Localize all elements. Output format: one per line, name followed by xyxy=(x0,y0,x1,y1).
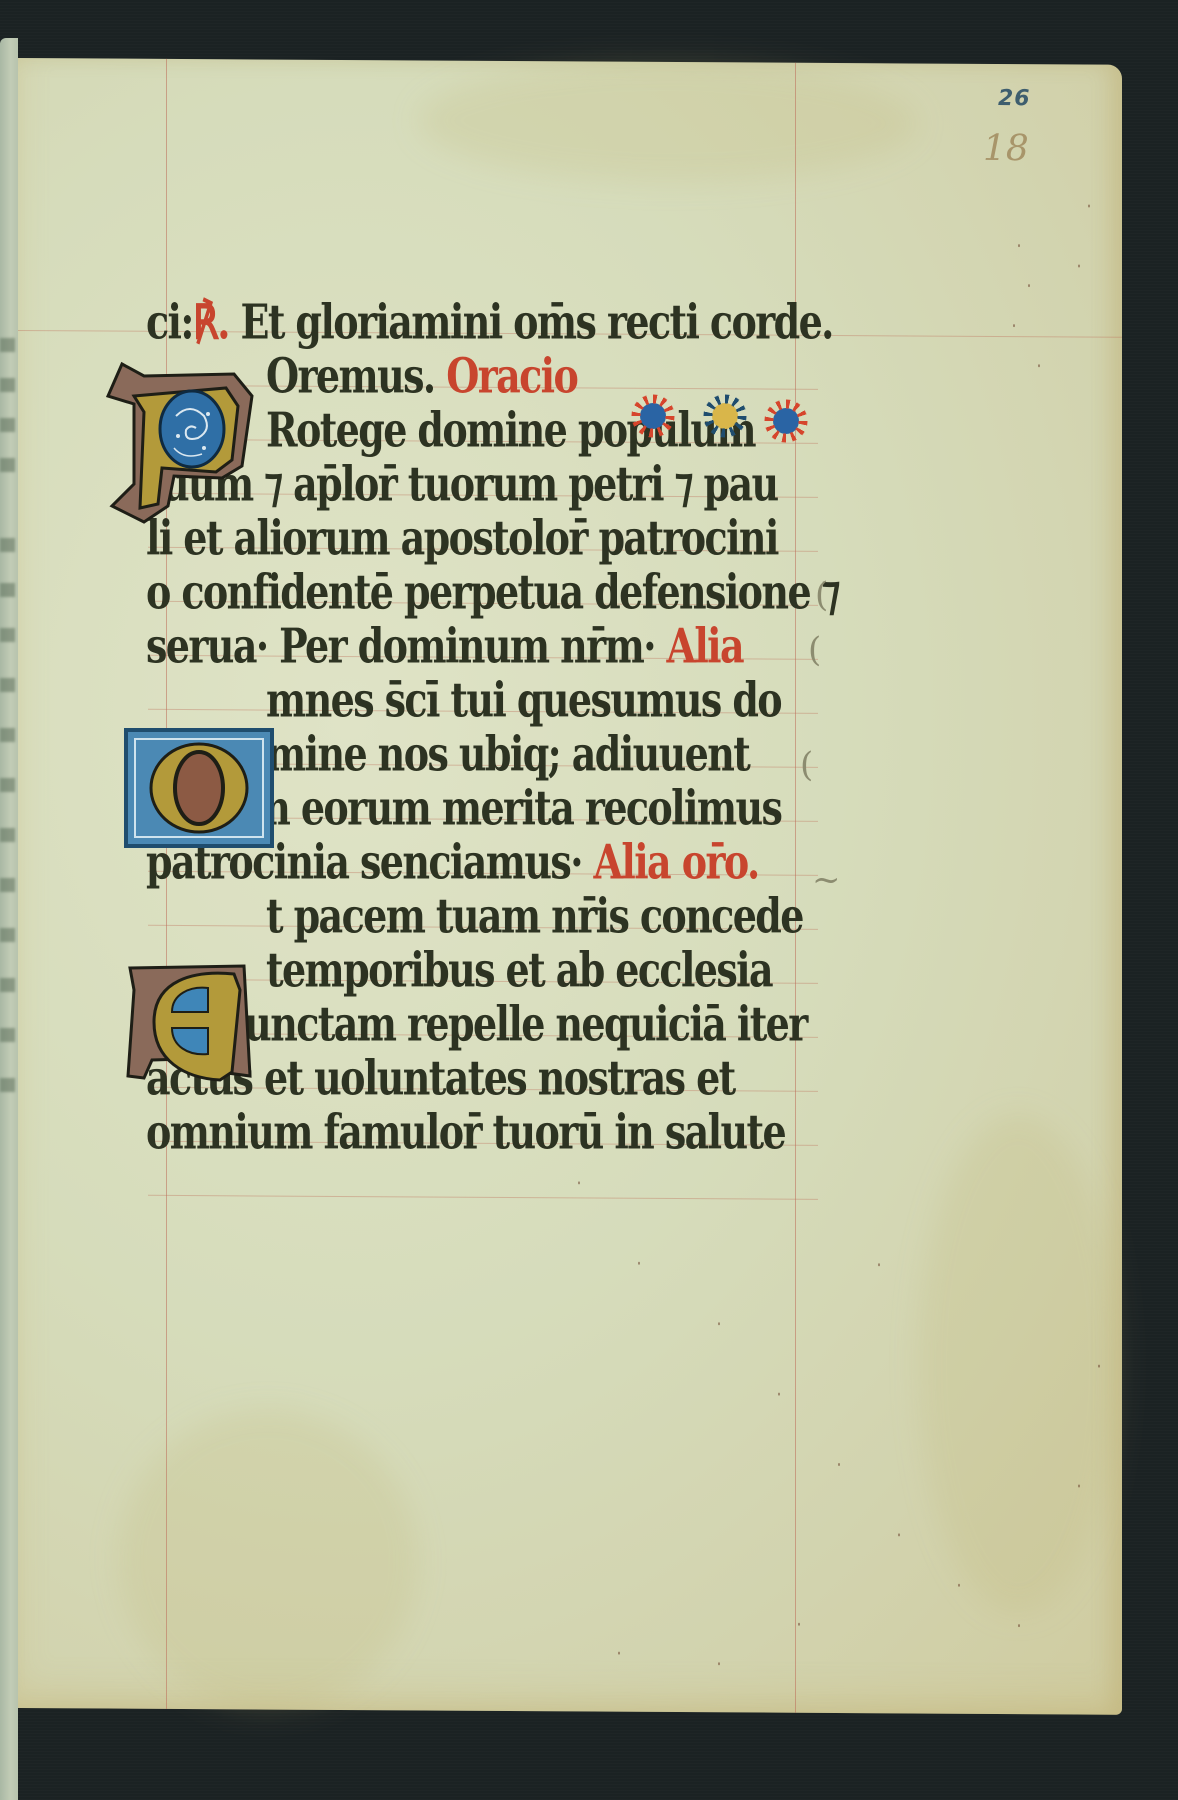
foxing-speck xyxy=(798,1623,800,1626)
foxing-speck xyxy=(1028,284,1030,287)
foxing-speck xyxy=(898,1533,900,1536)
foxing-speck xyxy=(1098,1365,1100,1368)
facing-text-blur xyxy=(0,828,15,842)
parchment-stain xyxy=(918,1113,1118,1614)
foxing-speck xyxy=(578,1181,580,1184)
foxing-speck xyxy=(838,1463,840,1466)
illuminated-initial-e xyxy=(124,960,266,1085)
facing-text-blur xyxy=(0,728,15,742)
illuminated-initial-o xyxy=(124,728,274,848)
folio-number-ink: 18 xyxy=(983,128,1029,169)
text-segment: omnium famulor̄ tuorū in salute xyxy=(146,1104,785,1160)
margin-mark: ~ xyxy=(812,860,841,900)
facing-text-blur xyxy=(0,583,15,597)
foxing-speck xyxy=(718,1322,720,1325)
text-segment: Oremus. xyxy=(266,348,435,404)
margin-mark: ( xyxy=(815,575,828,615)
text-segment: Rotege domine populum xyxy=(266,402,755,458)
facing-text-blur xyxy=(0,458,15,472)
folio-number-pencil: 26 xyxy=(998,86,1031,111)
text-segment: serua· Per dominum nr̄m· xyxy=(146,618,655,674)
facing-text-blur xyxy=(0,1078,15,1092)
text-segment: mine nos ubiq; adiuuent xyxy=(266,726,749,782)
rubric-alia-oracio: Alia or̄o. xyxy=(582,834,759,890)
facing-text-blur xyxy=(0,338,15,352)
margin-mark: ( xyxy=(808,630,821,670)
facing-text-blur xyxy=(0,978,15,992)
text-line-16: omnium famulor̄ tuorū in salute xyxy=(146,1099,785,1167)
facing-text-blur xyxy=(0,778,15,792)
foxing-speck xyxy=(1018,244,1020,247)
foxing-speck xyxy=(1013,324,1015,327)
illuminated-initial-p xyxy=(104,356,254,524)
facing-text-blur xyxy=(0,628,15,642)
foxing-speck xyxy=(778,1393,780,1396)
foxing-speck xyxy=(1078,264,1080,267)
foxing-speck xyxy=(718,1662,720,1665)
parchment-stain xyxy=(118,1409,418,1711)
facing-text-blur xyxy=(0,1028,15,1042)
text-segment: ci: xyxy=(146,294,193,350)
facing-page-edge xyxy=(0,38,18,1800)
rubric-oracio: Oracio xyxy=(435,348,578,404)
text-segment: mnes s̄cī tui quesumus do xyxy=(266,672,781,728)
line-filler-sun-roundel xyxy=(773,408,799,434)
facing-text-blur xyxy=(0,378,15,392)
ruling-line xyxy=(148,1195,818,1200)
text-segment: temporibus et ab ecclesia xyxy=(266,942,772,998)
initial-e-graphic xyxy=(124,960,266,1085)
facing-text-blur xyxy=(0,878,15,892)
initial-o-graphic xyxy=(144,739,254,837)
initial-p-graphic xyxy=(104,356,254,524)
text-segment: t pacem tuam nr̄is concede xyxy=(266,888,803,944)
facing-text-blur xyxy=(0,418,15,432)
foxing-speck xyxy=(1078,1484,1080,1487)
foxing-speck xyxy=(1088,205,1090,208)
foxing-speck xyxy=(878,1263,880,1266)
foxing-speck xyxy=(1018,1624,1020,1627)
text-segment: Et gloriamini om̄s recti corde. xyxy=(229,294,833,350)
foxing-speck xyxy=(958,1584,960,1587)
facing-text-blur xyxy=(0,678,15,692)
parchment-stain xyxy=(418,60,918,183)
foxing-speck xyxy=(618,1652,620,1655)
foxing-speck xyxy=(638,1262,640,1265)
foxing-speck xyxy=(1038,364,1040,367)
margin-mark: ( xyxy=(800,745,813,785)
text-segment: o confidentē perpetua defensione ⁊ xyxy=(146,564,839,620)
rubric-response: ℟. xyxy=(193,294,229,350)
line-filler-sun-roundel-gold xyxy=(712,403,738,429)
facing-text-blur xyxy=(0,538,15,552)
facing-text-blur xyxy=(0,928,15,942)
rubric-alia: Alia xyxy=(655,618,743,674)
line-filler-sun-roundel xyxy=(640,403,666,429)
